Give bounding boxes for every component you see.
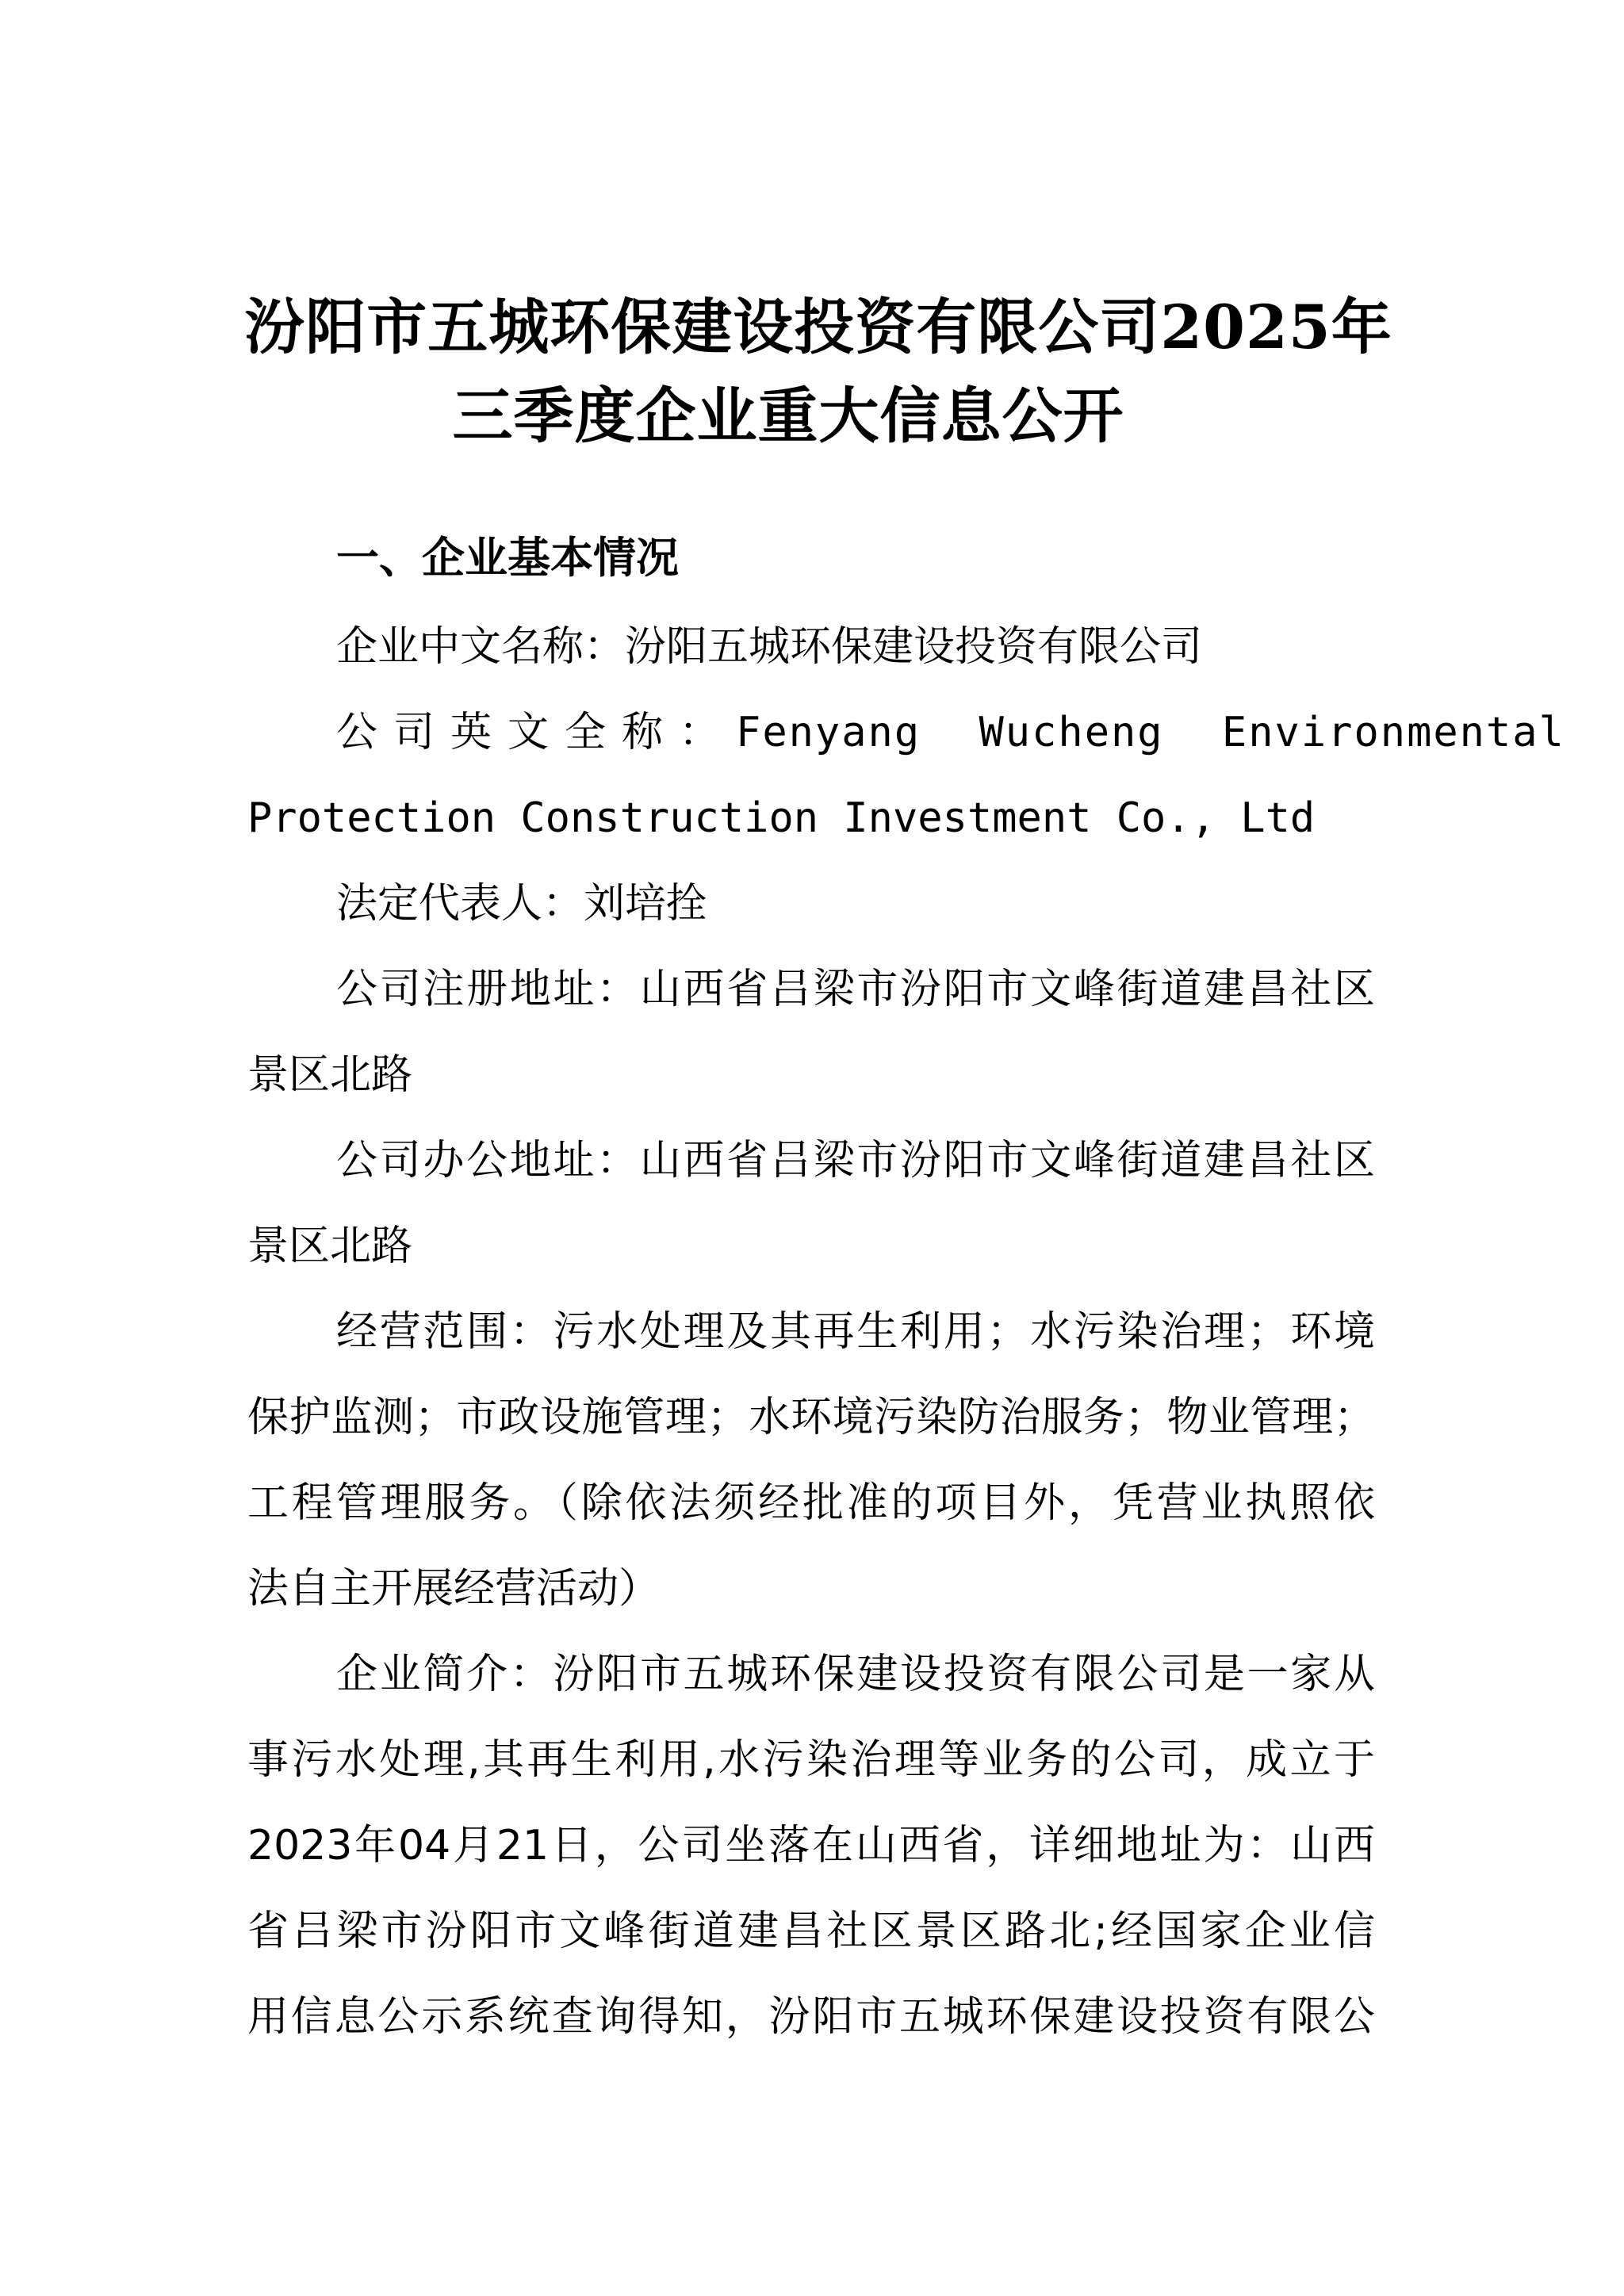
field-legal-rep-label: 法定代表人： [336,880,584,928]
field-en-name-label: 公司英文全称： [336,709,736,756]
section-heading-basic-info: 一、企业基本情况 [336,530,1375,587]
field-profile-line1: 企业简介：汾阳市五城环保建设投资有限公司是一家从 [336,1646,1375,1703]
field-cn-name-label: 企业中文名称： [336,623,625,671]
field-cn-name-value: 汾阳五城环保建设投资有限公司 [625,623,1202,671]
field-cn-name: 企业中文名称：汾阳五城环保建设投资有限公司 [336,618,1375,675]
field-en-name-value-line2: Protection Construction Investment Co., … [247,790,1375,847]
document-title-line-1: 汾阳市五城环保建设投资有限公司2025年 [6,292,1624,363]
field-legal-rep-value: 刘培拴 [584,880,707,928]
field-office-address-line2: 景区北路 [247,1218,1375,1275]
field-profile-line5: 用信息公示系统查询得知，汾阳市五城环保建设投资有限公 [247,1988,1375,2045]
document-page: 汾阳市五城环保建设投资有限公司2025年 三季度企业重大信息公开 一、企业基本情… [0,0,1624,2296]
field-business-scope-line4: 法自主开展经营活动） [247,1560,1375,1617]
field-profile-line2: 事污水处理,其再生利用,水污染治理等业务的公司，成立于 [247,1732,1375,1789]
field-en-name: 公司英文全称：Fenyang Wucheng Environmental [336,704,1375,761]
field-legal-rep: 法定代表人：刘培拴 [336,875,1375,932]
document-title-line-2: 三季度企业重大信息公开 [0,381,1600,452]
field-profile-line3: 2023年04月21日，公司坐落在山西省，详细地址为：山西 [247,1817,1375,1874]
field-business-scope-line1: 经营范围：污水处理及其再生利用；水污染治理；环境 [336,1303,1375,1360]
field-profile-line4: 省吕梁市汾阳市文峰街道建昌社区景区路北;经国家企业信 [247,1903,1375,1960]
field-office-address-line1: 公司办公地址：山西省吕梁市汾阳市文峰街道建昌社区 [336,1132,1375,1189]
field-reg-address-line2: 景区北路 [247,1047,1375,1104]
field-business-scope-line3: 工程管理服务。（除依法须经批准的项目外，凭营业执照依 [247,1475,1375,1532]
field-business-scope-line2: 保护监测；市政设施管理；水环境污染防治服务；物业管理； [247,1389,1375,1446]
field-reg-address-line1: 公司注册地址：山西省吕梁市汾阳市文峰街道建昌社区 [336,961,1375,1018]
field-en-name-value-line1: Fenyang Wucheng Environmental [736,709,1565,756]
